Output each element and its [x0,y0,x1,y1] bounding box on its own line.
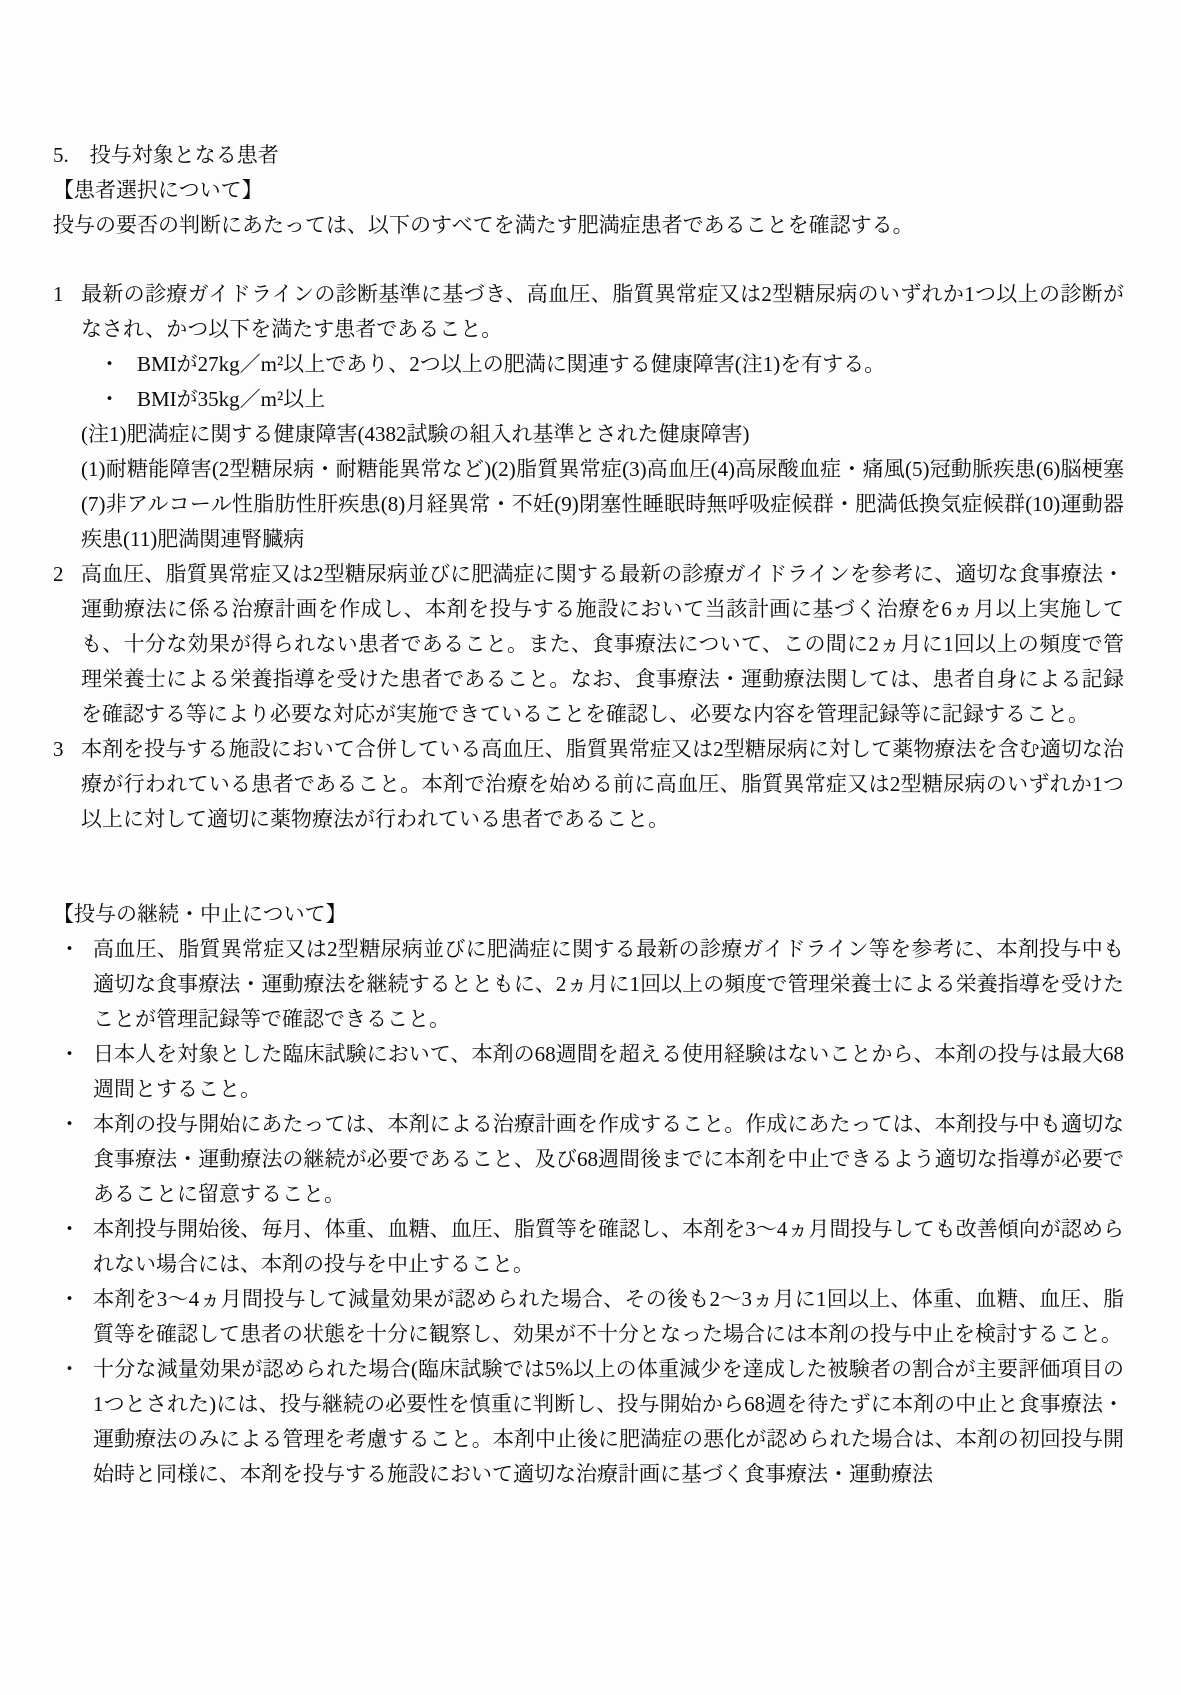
bullet-text: 本剤を3～4ヵ月間投与して減量効果が認められた場合、その後も2～3ヵ月に1回以上… [93,1282,1124,1352]
bullet-text: 日本人を対象とした臨床試験において、本剤の68週間を超える使用経験はないことから… [93,1037,1124,1107]
bullet-text: 高血圧、脂質異常症又は2型糖尿病並びに肥満症に関する最新の診療ガイドライン等を参… [93,932,1124,1037]
bullet-icon: ・ [53,1282,93,1317]
continuation-title: 【投与の継続・中止について】 [53,897,1124,932]
criteria-item-1: 1 最新の診療ガイドラインの診断基準に基づき、高血圧、脂質異常症又は2型糖尿病の… [53,277,1124,557]
bullet-text: BMIが35kg／m²以上 [137,382,325,417]
bullet-icon: ・ [53,1037,93,1072]
bmi-bullet-1: ・ BMIが27kg／m²以上であり、2つ以上の肥満に関連する健康障害(注1)を… [99,347,1124,382]
bullet-text: 十分な減量効果が認められた場合(臨床試験では5%以上の体重減少を達成した被験者の… [93,1352,1124,1492]
continuation-bullet-3: ・ 本剤の投与開始にあたっては、本剤による治療計画を作成すること。作成にあたって… [53,1107,1124,1212]
bullet-text: 本剤の投与開始にあたっては、本剤による治療計画を作成すること。作成にあたっては、… [93,1107,1124,1212]
note-1-detail: (1)耐糖能障害(2型糖尿病・耐糖能異常など)(2)脂質異常症(3)高血圧(4)… [81,452,1124,557]
continuation-bullet-6: ・ 十分な減量効果が認められた場合(臨床試験では5%以上の体重減少を達成した被験… [53,1352,1124,1492]
bullet-text: 本剤投与開始後、毎月、体重、血糖、血圧、脂質等を確認し、本剤を3～4ヵ月間投与し… [93,1212,1124,1282]
continuation-bullet-1: ・ 高血圧、脂質異常症又は2型糖尿病並びに肥満症に関する最新の診療ガイドライン等… [53,932,1124,1037]
document-page: 5. 投与対象となる患者 【患者選択について】 投与の要否の判断にあたっては、以… [0,0,1181,1695]
item-number: 3 [53,732,81,767]
bullet-text: BMIが27kg／m²以上であり、2つ以上の肥満に関連する健康障害(注1)を有す… [137,347,885,382]
criteria-item-2: 2 高血圧、脂質異常症又は2型糖尿病並びに肥満症に関する最新の診療ガイドラインを… [53,557,1124,732]
section-heading: 5. 投与対象となる患者 [53,138,1124,173]
bullet-icon: ・ [99,382,137,417]
item-body: 最新の診療ガイドラインの診断基準に基づき、高血圧、脂質異常症又は2型糖尿病のいず… [81,277,1124,557]
item-number: 2 [53,557,81,592]
criteria-item-3: 3 本剤を投与する施設において合併している高血圧、脂質異常症又は2型糖尿病に対し… [53,732,1124,837]
item-number: 1 [53,277,81,312]
continuation-bullet-5: ・ 本剤を3～4ヵ月間投与して減量効果が認められた場合、その後も2～3ヵ月に1回… [53,1282,1124,1352]
item-text: 高血圧、脂質異常症又は2型糖尿病並びに肥満症に関する最新の診療ガイドラインを参考… [81,557,1124,732]
note-1-title: (注1)肥満症に関する健康障害(4382試験の組入れ基準とされた健康障害) [81,417,1124,452]
bullet-icon: ・ [53,1212,93,1247]
item-text: 本剤を投与する施設において合併している高血圧、脂質異常症又は2型糖尿病に対して薬… [81,732,1124,837]
spacer [53,837,1124,897]
bullet-icon: ・ [53,932,93,967]
bmi-bullet-2: ・ BMIが35kg／m²以上 [99,382,1124,417]
bullet-icon: ・ [99,347,137,382]
spacer [53,243,1124,277]
intro-paragraph: 投与の要否の判断にあたっては、以下のすべてを満たす肥満症患者であることを確認する… [53,208,1124,243]
continuation-bullet-2: ・ 日本人を対象とした臨床試験において、本剤の68週間を超える使用経験はないこと… [53,1037,1124,1107]
continuation-bullet-4: ・ 本剤投与開始後、毎月、体重、血糖、血圧、脂質等を確認し、本剤を3～4ヵ月間投… [53,1212,1124,1282]
patient-selection-title: 【患者選択について】 [53,173,1124,208]
bullet-icon: ・ [53,1107,93,1142]
bullet-icon: ・ [53,1352,93,1387]
item-text: 最新の診療ガイドラインの診断基準に基づき、高血圧、脂質異常症又は2型糖尿病のいず… [81,277,1124,347]
